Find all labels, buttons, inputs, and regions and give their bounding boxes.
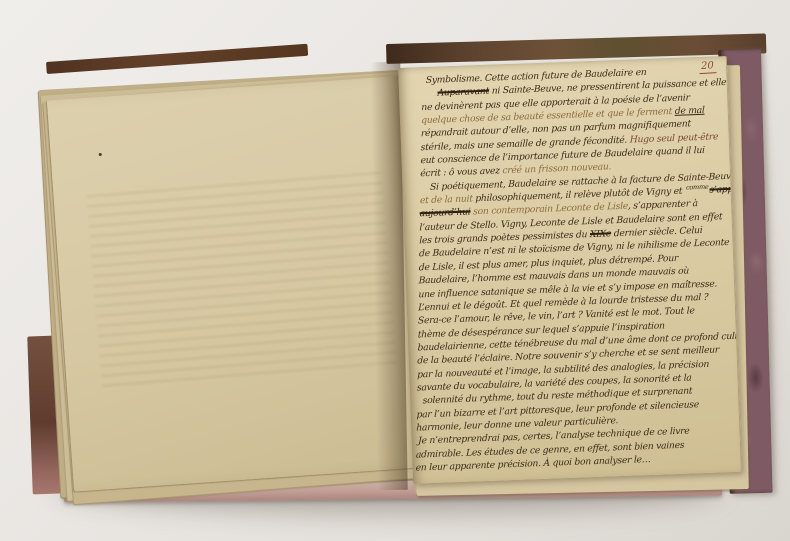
manuscript-word-segment: comme	[686, 183, 709, 192]
manuscript-word-segment: écrit : ô vous avez	[420, 166, 502, 180]
manuscript-word-segment: , s’apparenter à	[628, 199, 698, 213]
manuscript-text: Symbolisme. Cette action future de Baude…	[415, 63, 730, 480]
ink-spot	[99, 153, 102, 156]
manuscript-word-segment: Auparavant	[437, 86, 489, 99]
manuscript-photo: 20 Symbolisme. Cette action future de Ba…	[0, 0, 790, 541]
ink-showthrough	[86, 164, 397, 387]
manuscript-word-segment: aujourd’hui	[420, 207, 471, 220]
left-page-blank	[47, 76, 425, 492]
manuscript-word-segment: et de la nuit	[420, 193, 476, 206]
right-page: 20 Symbolisme. Cette action future de Ba…	[398, 56, 742, 484]
manuscript-word-segment: XIXe	[590, 228, 611, 240]
manuscript-word-segment: Hugo seul peut-être	[630, 131, 719, 145]
manuscript-word-segment: de mal	[675, 105, 705, 117]
